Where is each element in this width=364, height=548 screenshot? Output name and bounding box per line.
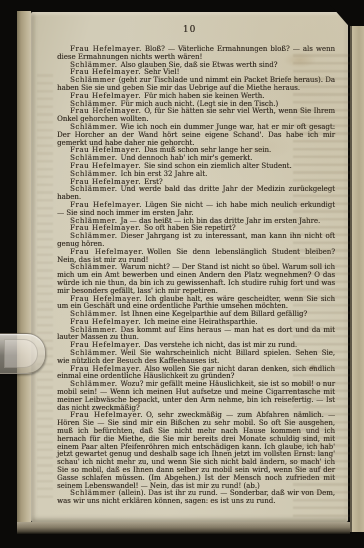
dialogue-paragraph: Schlämmer.Das kommt auf Eins heraus — ma… <box>57 327 335 343</box>
dialogue-paragraph: Frau Hefelmayer.Also wollen Sie gar nich… <box>57 366 335 382</box>
dialogue-text: Und dennoch hab' ich mir's gemerkt. <box>120 154 252 162</box>
dialogue-text: Das verstehe ich nicht, das ist mir zu r… <box>144 341 297 349</box>
speaker-name: Frau Hefelmayer. <box>70 178 141 186</box>
speaker-name: Schlämmer. <box>70 123 117 131</box>
speaker-name: Schlämmer. <box>70 170 117 178</box>
dialogue-text: Sie sind schon ein ziemlich alter Studen… <box>144 162 292 170</box>
speaker-name: Frau Hefelmayer. <box>70 411 143 419</box>
book-scan: 10 Frau Hefelmayer.Bloß? — Väterliche Er… <box>0 0 364 548</box>
dialogue-paragraph: Frau Hefelmayer.O, für Sie hätten sie se… <box>57 108 335 124</box>
speaker-name: Frau Hefelmayer. <box>70 365 141 373</box>
dialogue-paragraph: Frau Hefelmayer.Lügen Sie nicht — ich ha… <box>57 202 335 218</box>
dialogue-paragraph: Frau Hefelmayer.O, sehr zweckmäßig — zum… <box>57 412 335 490</box>
dialogue-paragraph: Schlämmer.Wie ich noch ein dummer Junge … <box>57 124 335 147</box>
dialogue-text: Ist Ihnen eine Kegelparthie auf dem Bill… <box>120 310 307 318</box>
dialogue-paragraph: Schlämmer.Wozu? mir gefällt meine Häusli… <box>57 381 335 412</box>
book-holder-clip-inner <box>4 339 38 368</box>
dialogue-paragraph: Schlämmer.Dieser Jahrgang ist zu interes… <box>57 233 335 249</box>
speaker-name: Schlämmer. <box>70 349 117 357</box>
scan-background: { "page": { "number": "10", "paragraphs"… <box>0 0 364 548</box>
book-holder-clip <box>0 333 46 374</box>
dialogue-paragraph: Schlämmer(allein). Das ist ihr zu rund. … <box>57 490 335 506</box>
ink-bleedthrough-left <box>37 72 53 502</box>
dialogue-text: Für mich haben sie keinen Werth. <box>144 92 264 100</box>
speaker-name: Frau Hefelmayer. <box>70 45 142 53</box>
page-number: 10 <box>31 12 348 35</box>
dialogue-paragraph: Frau Hefelmayer.Bloß? — Väterliche Ermah… <box>57 46 335 62</box>
dialogue-paragraph: Schlämmer.Weil Sie wahrscheinlich nicht … <box>57 350 335 366</box>
speaker-name: Schlämmer. <box>70 61 117 69</box>
dialogue-paragraph: Schlämmer.Warum nicht? — Der Stand ist n… <box>57 264 335 295</box>
speaker-name: Schlämmer. <box>70 232 117 240</box>
dialogue-text: Ja — das heißt — ich bin das dritte Jahr… <box>120 217 320 225</box>
speaker-name: Schlämmer. <box>70 154 117 162</box>
dialogue-paragraph: Frau Hefelmayer.Ich glaube halt, es wäre… <box>57 296 335 312</box>
speaker-name: Schlämmer. <box>70 217 117 225</box>
speaker-name: Schlämmer. <box>70 100 117 108</box>
dialogue-text: Für mich auch nicht. (Legt sie in den Ti… <box>120 100 278 108</box>
dialogue-text: Also glauben Sie, daß sie Etwas werth si… <box>120 61 277 69</box>
dialogue-text: Ich bin erst 32 Jahre alt. <box>120 170 207 178</box>
speaker-name: Schlämmer <box>70 489 115 497</box>
dialogue-paragraph: Schlämmer.Und werde bald das dritte Jahr… <box>57 186 335 202</box>
adjacent-page-edge <box>350 24 364 532</box>
speaker-name: Schlämmer. <box>70 380 117 388</box>
speaker-name: Frau Hefelmayer. <box>70 146 141 154</box>
speaker-name: Frau Hefelmayer. <box>70 201 142 209</box>
speaker-name: Frau Hefelmayer. <box>70 224 141 232</box>
dialogue-paragraph: Frau Hefelmayer.Wollen Sie denn lebenslä… <box>57 249 335 265</box>
speaker-name: Frau Hefelmayer. <box>70 248 144 256</box>
page-text: Frau Hefelmayer.Bloß? — Väterliche Ermah… <box>57 46 335 506</box>
speaker-name: Frau Hefelmayer. <box>70 92 141 100</box>
speaker-name: Frau Hefelmayer. <box>70 318 141 326</box>
speaker-name: Schlämmer. <box>70 310 117 318</box>
speaker-name: Frau Hefelmayer. <box>70 295 142 303</box>
page-edge-bottom <box>17 522 350 534</box>
speaker-name: Schlämmer <box>70 76 115 84</box>
book-page: 10 Frau Hefelmayer.Bloß? — Väterliche Er… <box>31 12 348 522</box>
speaker-name: Frau Hefelmayer. <box>70 68 141 76</box>
speaker-name: Frau Hefelmayer. <box>70 341 141 349</box>
speaker-name: Schlämmer. <box>70 185 117 193</box>
speaker-name: Schlämmer. <box>70 326 117 334</box>
dialogue-text: O, sehr zweckmäßig — zum Abfahren nämlic… <box>57 411 335 489</box>
dialogue-text: So oft haben Sie repetirt? <box>144 224 236 232</box>
dialogue-text: Erst? <box>144 178 163 186</box>
dialogue-text: Ich meine eine Heirathsparthie. <box>144 318 257 326</box>
dialogue-paragraph: Schlämmer(geht zur Tischlade und nimmt e… <box>57 77 335 93</box>
speaker-name: Schlämmer. <box>70 263 117 271</box>
page-edge-left <box>17 11 31 523</box>
speaker-name: Frau Hefelmayer. <box>70 162 141 170</box>
speaker-name: Frau Hefelmayer. <box>70 107 141 115</box>
dialogue-text: Sehr Viel! <box>144 68 179 76</box>
dialogue-text: Das muß schon sehr lange her sein. <box>144 146 271 154</box>
